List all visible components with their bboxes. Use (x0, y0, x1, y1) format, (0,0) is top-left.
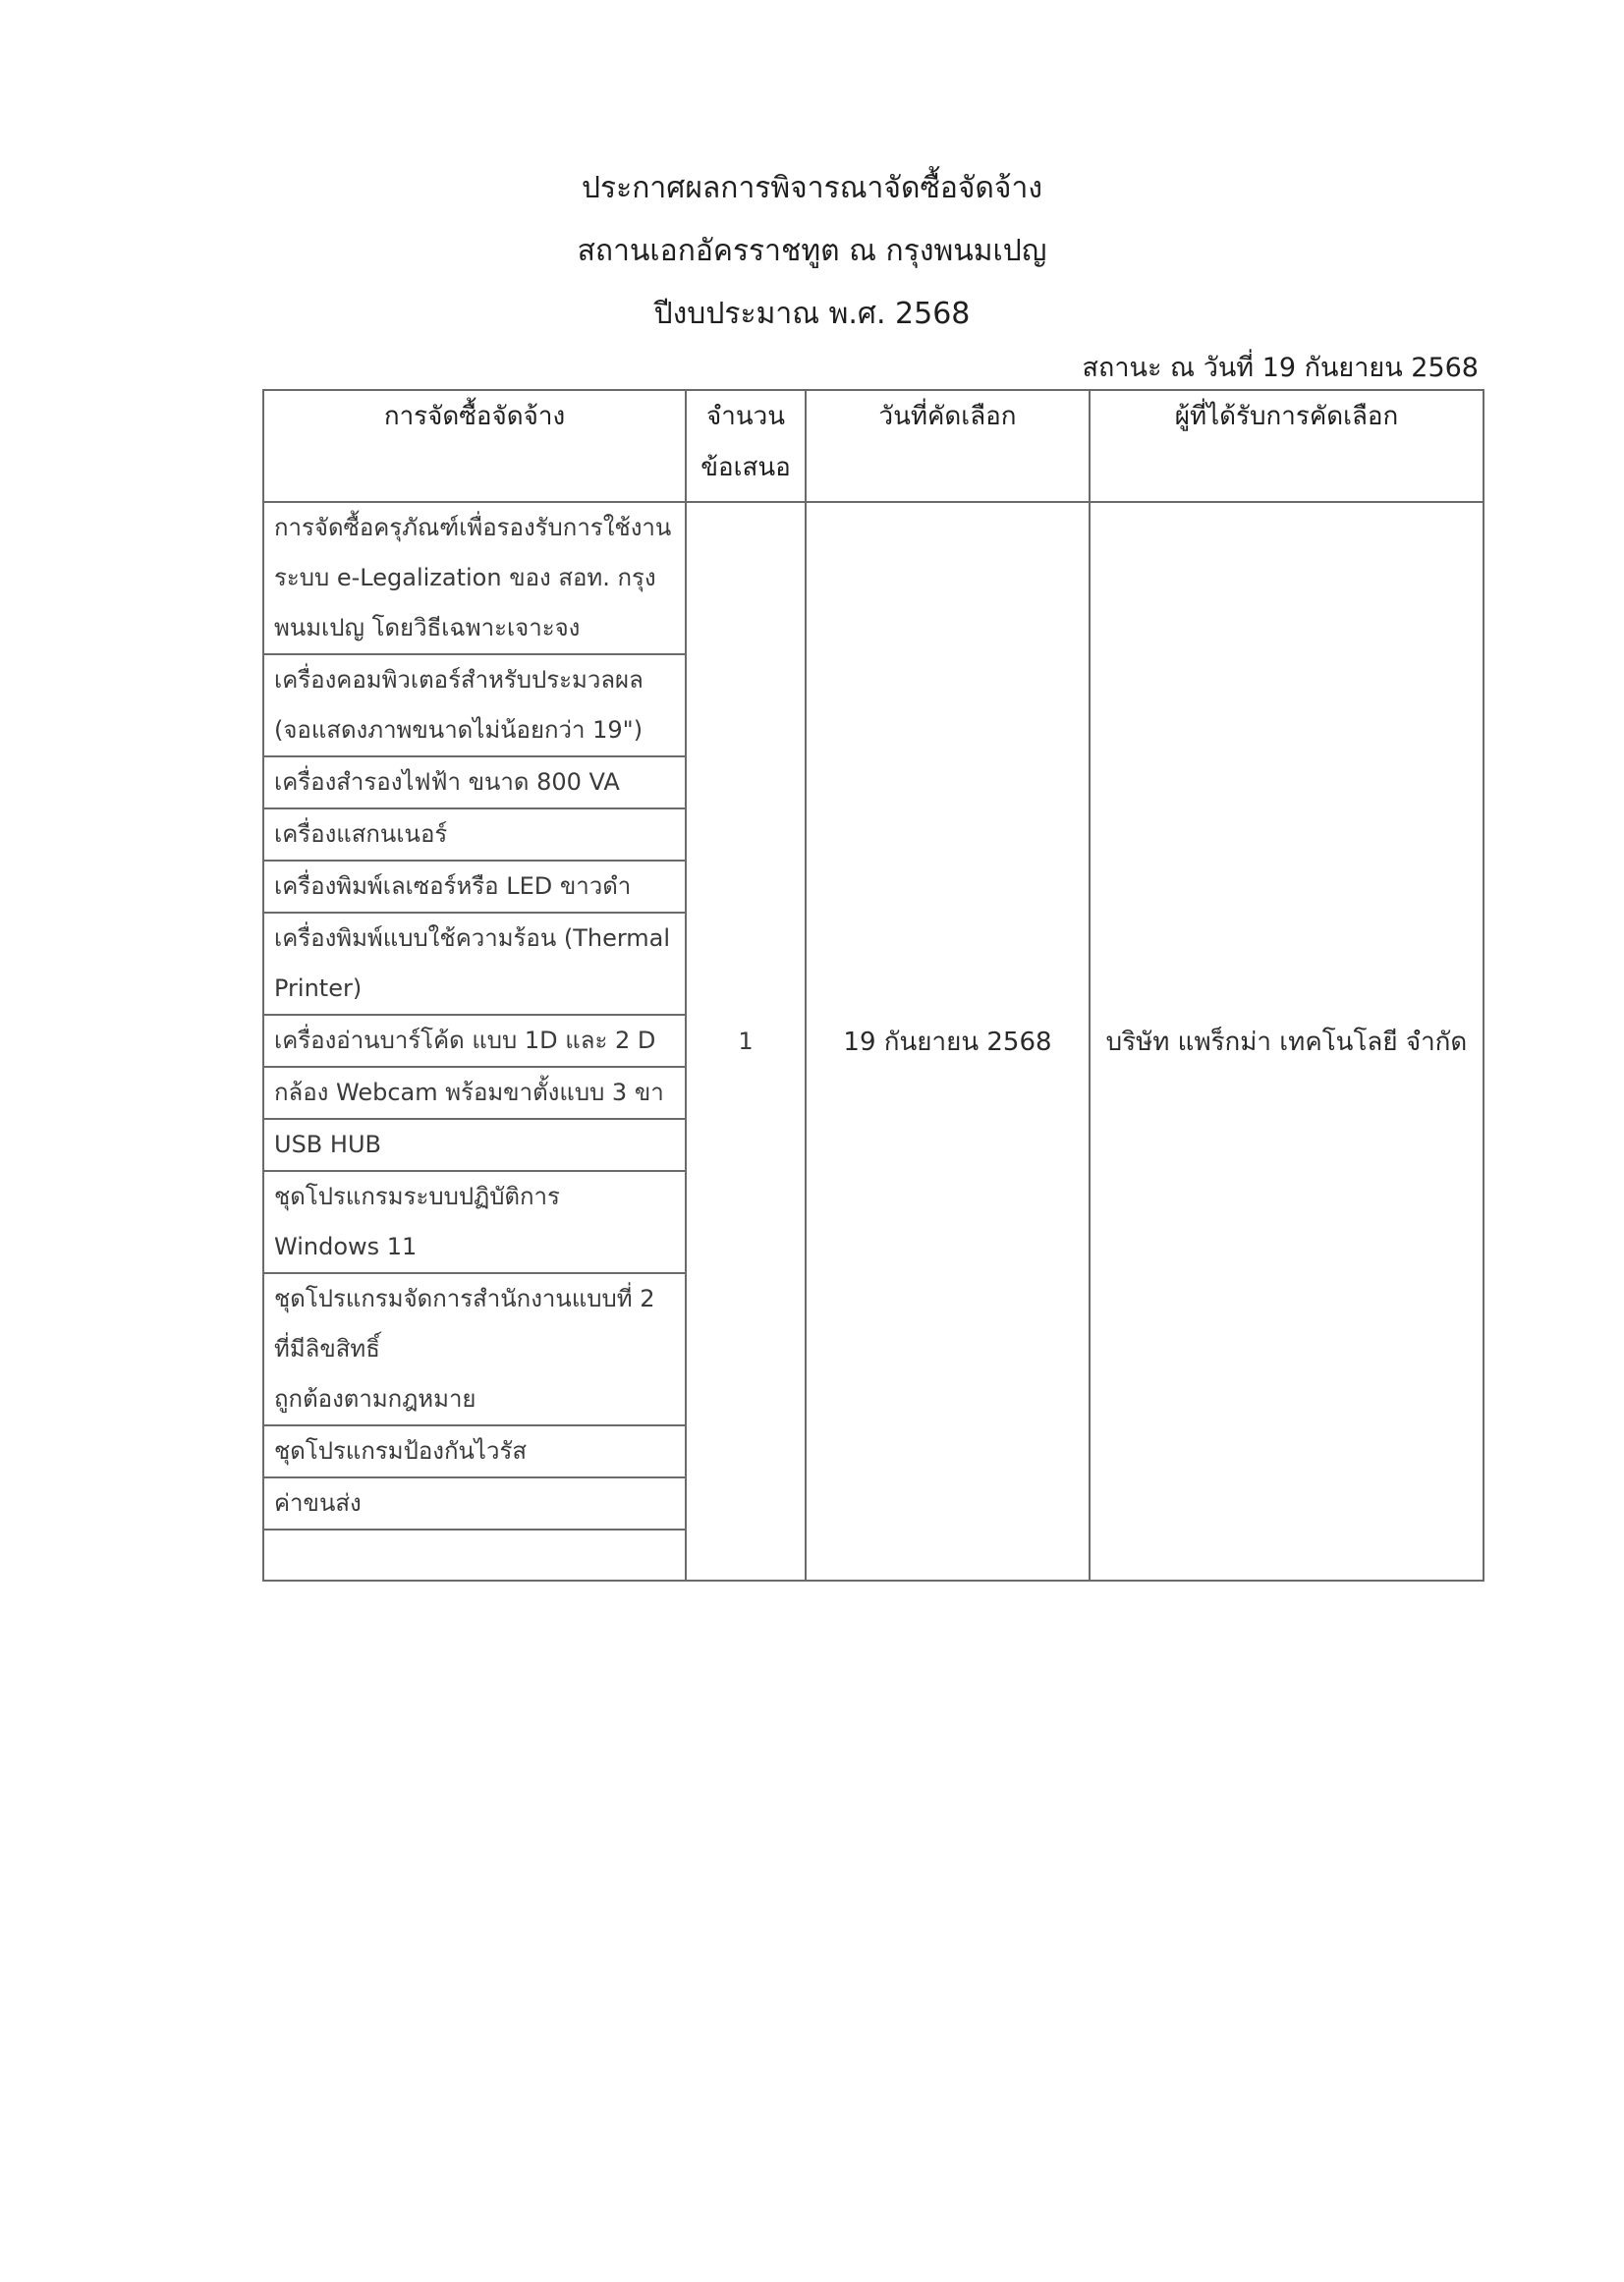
procurement-item-cell: เครื่องแสกนเนอร์ (263, 808, 686, 861)
procurement-item-text: พนมเปญ โดยวิธีเฉพาะเจาะจง (274, 603, 679, 653)
procurement-item-cell: เครื่องอ่านบาร์โค้ด แบบ 1D และ 2 D (263, 1015, 686, 1067)
procurement-item-text: การจัดซื้อครุภัณฑ์เพื่อรองรับการใช้งาน (274, 503, 679, 553)
table-body: การจัดซื้อครุภัณฑ์เพื่อรองรับการใช้งานระ… (263, 502, 1484, 1581)
embassy-name: สถานเอกอัครราชทูต ณ กรุงพนมเปญ (0, 228, 1624, 274)
fiscal-year: ปีงบประมาณ พ.ศ. 2568 (0, 291, 1624, 337)
column-header-procurement-label: การจัดซื้อจัดจ้าง (264, 391, 685, 442)
selection-date-cell: 19 กันยายน 2568 (806, 502, 1090, 1581)
table-row: การจัดซื้อครุภัณฑ์เพื่อรองรับการใช้งานระ… (263, 502, 1484, 654)
announcement-title: ประกาศผลการพิจารณาจัดซื้อจัดจ้าง (0, 165, 1624, 211)
procurement-item-text: เครื่องคอมพิวเตอร์สำหรับประมวลผล (274, 655, 679, 705)
procurement-item-text: ชุดโปรแกรมระบบปฏิบัติการ (274, 1172, 679, 1222)
selected-party-cell: บริษัท แพร็กม่า เทคโนโลยี จำกัด (1090, 502, 1484, 1581)
procurement-item-text: Printer) (274, 964, 679, 1014)
procurement-item-text: ระบบ e-Legalization ของ สอท. กรุง (274, 553, 679, 603)
procurement-item-text: กล้อง Webcam พร้อมขาตั้งแบบ 3 ขา (274, 1068, 679, 1118)
procurement-item-cell: ชุดโปรแกรมป้องกันไวรัส (263, 1425, 686, 1477)
procurement-item-cell: เครื่องพิมพ์เลเซอร์หรือ LED ขาวดำ (263, 861, 686, 913)
procurement-item-cell (263, 1530, 686, 1581)
procurement-item-text: ค่าขนส่ง (274, 1478, 679, 1529)
column-header-procurement: การจัดซื้อจัดจ้าง (263, 390, 686, 502)
procurement-item-cell: ชุดโปรแกรมจัดการสำนักงานแบบที่ 2ที่มีลิข… (263, 1273, 686, 1425)
procurement-item-text: เครื่องสำรองไฟฟ้า ขนาด 800 VA (274, 757, 679, 807)
table-header-row: การจัดซื้อจัดจ้าง จำนวน ข้อเสนอ วันที่คั… (263, 390, 1484, 502)
procurement-item-cell: เครื่องคอมพิวเตอร์สำหรับประมวลผล(จอแสดงภ… (263, 654, 686, 756)
procurement-item-text: ถูกต้องตามกฎหมาย (274, 1374, 679, 1424)
offer-count-cell: 1 (686, 502, 806, 1581)
procurement-item-cell: ชุดโปรแกรมระบบปฏิบัติการWindows 11 (263, 1171, 686, 1273)
procurement-item-cell: เครื่องพิมพ์แบบใช้ความร้อน (ThermalPrint… (263, 913, 686, 1015)
column-header-selected-party-label: ผู้ที่ได้รับการคัดเลือก (1091, 391, 1483, 442)
procurement-item-cell: เครื่องสำรองไฟฟ้า ขนาด 800 VA (263, 756, 686, 808)
column-header-offers-line2: ข้อเสนอ (687, 442, 805, 493)
procurement-table: การจัดซื้อจัดจ้าง จำนวน ข้อเสนอ วันที่คั… (262, 389, 1484, 1582)
procurement-item-cell: การจัดซื้อครุภัณฑ์เพื่อรองรับการใช้งานระ… (263, 502, 686, 654)
procurement-item-text: เครื่องพิมพ์เลเซอร์หรือ LED ขาวดำ (274, 862, 679, 912)
column-header-offers: จำนวน ข้อเสนอ (686, 390, 806, 502)
procurement-item-cell: กล้อง Webcam พร้อมขาตั้งแบบ 3 ขา (263, 1067, 686, 1119)
procurement-item-text: เครื่องแสกนเนอร์ (274, 809, 679, 860)
procurement-item-text: USB HUB (274, 1120, 679, 1170)
column-header-selection-date: วันที่คัดเลือก (806, 390, 1090, 502)
status-date: สถานะ ณ วันที่ 19 กันยายน 2568 (1083, 346, 1479, 388)
procurement-item-text: (จอแสดงภาพขนาดไม่น้อยกว่า 19") (274, 705, 679, 755)
procurement-item-text: Windows 11 (274, 1222, 679, 1272)
column-header-offers-line1: จำนวน (687, 391, 805, 442)
procurement-item-text: ชุดโปรแกรมป้องกันไวรัส (274, 1426, 679, 1476)
procurement-item-text: เครื่องพิมพ์แบบใช้ความร้อน (Thermal (274, 914, 679, 964)
column-header-selection-date-label: วันที่คัดเลือก (807, 391, 1089, 442)
procurement-item-text: เครื่องอ่านบาร์โค้ด แบบ 1D และ 2 D (274, 1016, 679, 1066)
procurement-item-cell: ค่าขนส่ง (263, 1477, 686, 1530)
column-header-selected-party: ผู้ที่ได้รับการคัดเลือก (1090, 390, 1484, 502)
procurement-item-cell: USB HUB (263, 1119, 686, 1171)
procurement-item-text: ที่มีลิขสิทธิ์ (274, 1324, 679, 1374)
procurement-item-text: ชุดโปรแกรมจัดการสำนักงานแบบที่ 2 (274, 1274, 679, 1324)
